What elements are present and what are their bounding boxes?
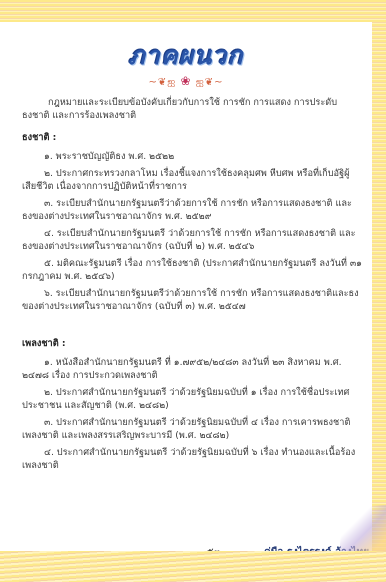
list-item: ๓. ระเบียบสำนักนายกรัฐมนตรีว่าด้วยการใช้… bbox=[22, 197, 362, 223]
list-item: ๔. ระเบียบสำนักนายกรัฐมนตรี ว่าด้วยการใช… bbox=[22, 227, 362, 253]
ornament-right-icon: ஐ❦~ bbox=[196, 77, 224, 88]
document-page: ภาคผนวก ~❦ஐ ❀ ஐ❦~ กฎหมายและระเบียบข้อบัง… bbox=[0, 22, 372, 551]
list-item: ๔. ประกาศสำนักนายกรัฐมนตรี ว่าด้วยรัฐนิย… bbox=[22, 446, 362, 472]
section-anthem: เพลงชาติ : ๑. หนังสือสำนักนายกรัฐมนตรี ท… bbox=[22, 337, 362, 472]
decorative-border-bottom bbox=[0, 551, 386, 582]
intro-paragraph: กฎหมายและระเบียบข้อบังคับเกี่ยวกับการใช้… bbox=[22, 96, 362, 122]
document-body: กฎหมายและระเบียบข้อบังคับเกี่ยวกับการใช้… bbox=[22, 96, 362, 476]
section-flag: ธงชาติ : ๑. พระราชบัญญัติธง พ.ศ. ๒๕๒๒ ๒.… bbox=[22, 131, 362, 313]
list-item: ๓. ประกาศสำนักนายกรัฐมนตรี ว่าด้วยรัฐนิย… bbox=[22, 416, 362, 442]
title-ornament: ~❦ஐ ❀ ஐ❦~ bbox=[0, 74, 372, 89]
list-item: ๒. ประกาศสำนักนายกรัฐมนตรี ว่าด้วยรัฐนิย… bbox=[22, 386, 362, 412]
section-heading-anthem: เพลงชาติ : bbox=[22, 337, 362, 350]
ornament-left-icon: ~❦ஐ bbox=[148, 77, 176, 88]
list-item: ๖. ระเบียบสำนักนายกรัฐมนตรีว่าด้วยการใช้… bbox=[22, 287, 362, 313]
list-item: ๕. มติคณะรัฐมนตรี เรื่อง การใช้ธงชาติ (ป… bbox=[22, 257, 362, 283]
list-item: ๑. หนังสือสำนักนายกรัฐมนตรี ที่ ๑.๗๙๕๒/๒… bbox=[22, 356, 362, 382]
list-item: ๑. พระราชบัญญัติธง พ.ศ. ๒๕๒๒ bbox=[22, 150, 362, 163]
page-title: ภาคผนวก bbox=[0, 36, 372, 76]
decorative-border-right bbox=[372, 0, 386, 582]
ornament-flower-icon: ❀ bbox=[180, 74, 191, 88]
section-heading-flag: ธงชาติ : bbox=[22, 131, 362, 144]
list-item: ๒. ประกาศกระทรวงกลาโหม เรื่องชี้แจงการใช… bbox=[22, 167, 362, 193]
decorative-border-top bbox=[0, 0, 386, 22]
section-spacer bbox=[22, 317, 362, 335]
